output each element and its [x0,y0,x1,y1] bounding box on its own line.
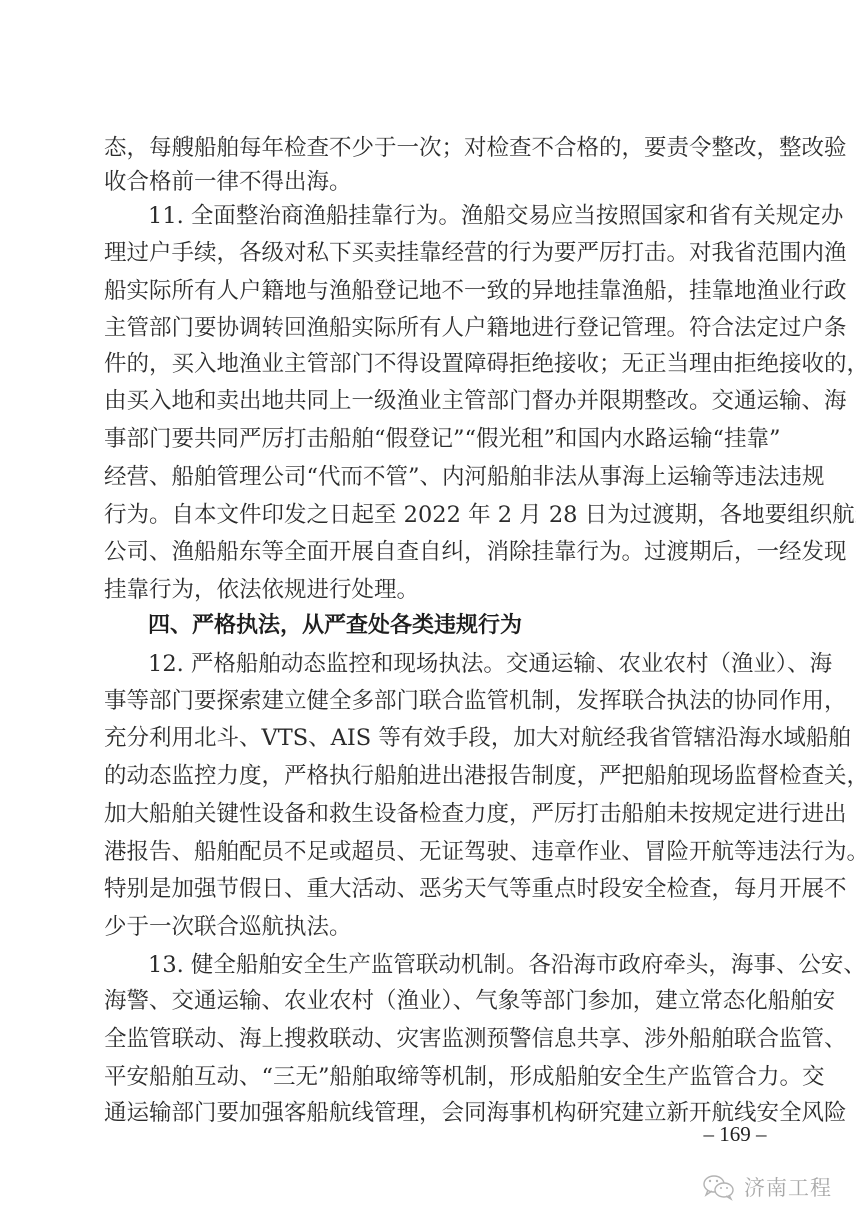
watermark: 济南工程 [702,1170,832,1204]
paragraph-13-first-line: 13. 健全船舶安全生产监管联动机制。各沿海市政府牵头，海事、公安、 [148,950,772,980]
text-line: 海警、交通运输、农业农村（渔业）、气象等部门参加，建立常态化船舶安 [104,986,772,1016]
text-line: 理过户手续，各级对私下买卖挂靠经营的行为要严厉打击。对我省范围内渔 [104,238,772,268]
text-line: 全监管联动、海上搜救联动、灾害监测预警信息共享、涉外船舶联合监管、 [104,1024,772,1054]
text-line: 港报告、船舶配员不足或超员、无证驾驶、违章作业、冒险开航等违法行为。 [104,837,772,867]
watermark-text: 济南工程 [744,1172,832,1202]
page-number: – 169 – [700,1122,770,1147]
text-line: 充分利用北斗、VTS、AIS 等有效手段，加大对航经我省管辖沿海水域船舶 [104,723,772,753]
section-heading: 四、严格执法，从严查处各类违规行为 [148,611,772,641]
wechat-icon [702,1173,736,1201]
text-line: 经营、船舶管理公司“代而不管”、内河船舶非法从事海上运输等违法违规 [104,462,772,492]
text-line: 的动态监控力度，严格执行船舶进出港报告制度，严把船舶现场监督检查关， [104,761,772,791]
text-line: 挂靠行为，依法依规进行处理。 [104,575,772,605]
text-line: 态，每艘船舶每年检查不少于一次；对检查不合格的，要责令整改，整改验 [104,133,772,163]
text-line: 事等部门要探索建立健全多部门联合监管机制，发挥联合执法的协同作用， [104,686,772,716]
paragraph-12-first-line: 12. 严格船舶动态监控和现场执法。交通运输、农业农村（渔业）、海 [148,649,772,679]
text-line: 平安船舶互动、“三无”船舶取缔等机制，形成船舶安全生产监管合力。交 [104,1062,772,1092]
text-line: 加大船舶关键性设备和救生设备检查力度，严厉打击船舶未按规定进行进出 [104,799,772,829]
text-line: 公司、渔船船东等全面开展自查自纠，消除挂靠行为。过渡期后，一经发现 [104,537,772,567]
text-line: 收合格前一律不得出海。 [104,167,772,197]
text-line: 行为。自本文件印发之日起至 2022 年 2 月 28 日为过渡期，各地要组织航… [104,500,772,530]
paragraph-11-first-line: 11. 全面整治商渔船挂靠行为。渔船交易应当按照国家和省有关规定办 [148,201,772,231]
text-line: 少于一次联合巡航执法。 [104,912,772,942]
document-page: 态，每艘船舶每年检查不少于一次；对检查不合格的，要责令整改，整改验 收合格前一律… [0,0,856,1225]
text-line: 事部门要共同严厉打击船舶“假登记”“假光租”和国内水路运输“挂靠” [104,424,772,454]
text-line: 通运输部门要加强客船航线管理，会同海事机构研究建立新开航线安全风险 [104,1098,772,1128]
text-line: 由买入地和卖出地共同上一级渔业主管部门督办并限期整改。交通运输、海 [104,386,772,416]
text-line: 船实际所有人户籍地与渔船登记地不一致的异地挂靠渔船，挂靠地渔业行政 [104,276,772,306]
text-line: 件的，买入地渔业主管部门不得设置障碍拒绝接收；无正当理由拒绝接收的， [104,349,772,379]
text-line: 主管部门要协调转回渔船实际所有人户籍地进行登记管理。符合法定过户条 [104,313,772,343]
text-line: 特别是加强节假日、重大活动、恶劣天气等重点时段安全检查，每月开展不 [104,874,772,904]
